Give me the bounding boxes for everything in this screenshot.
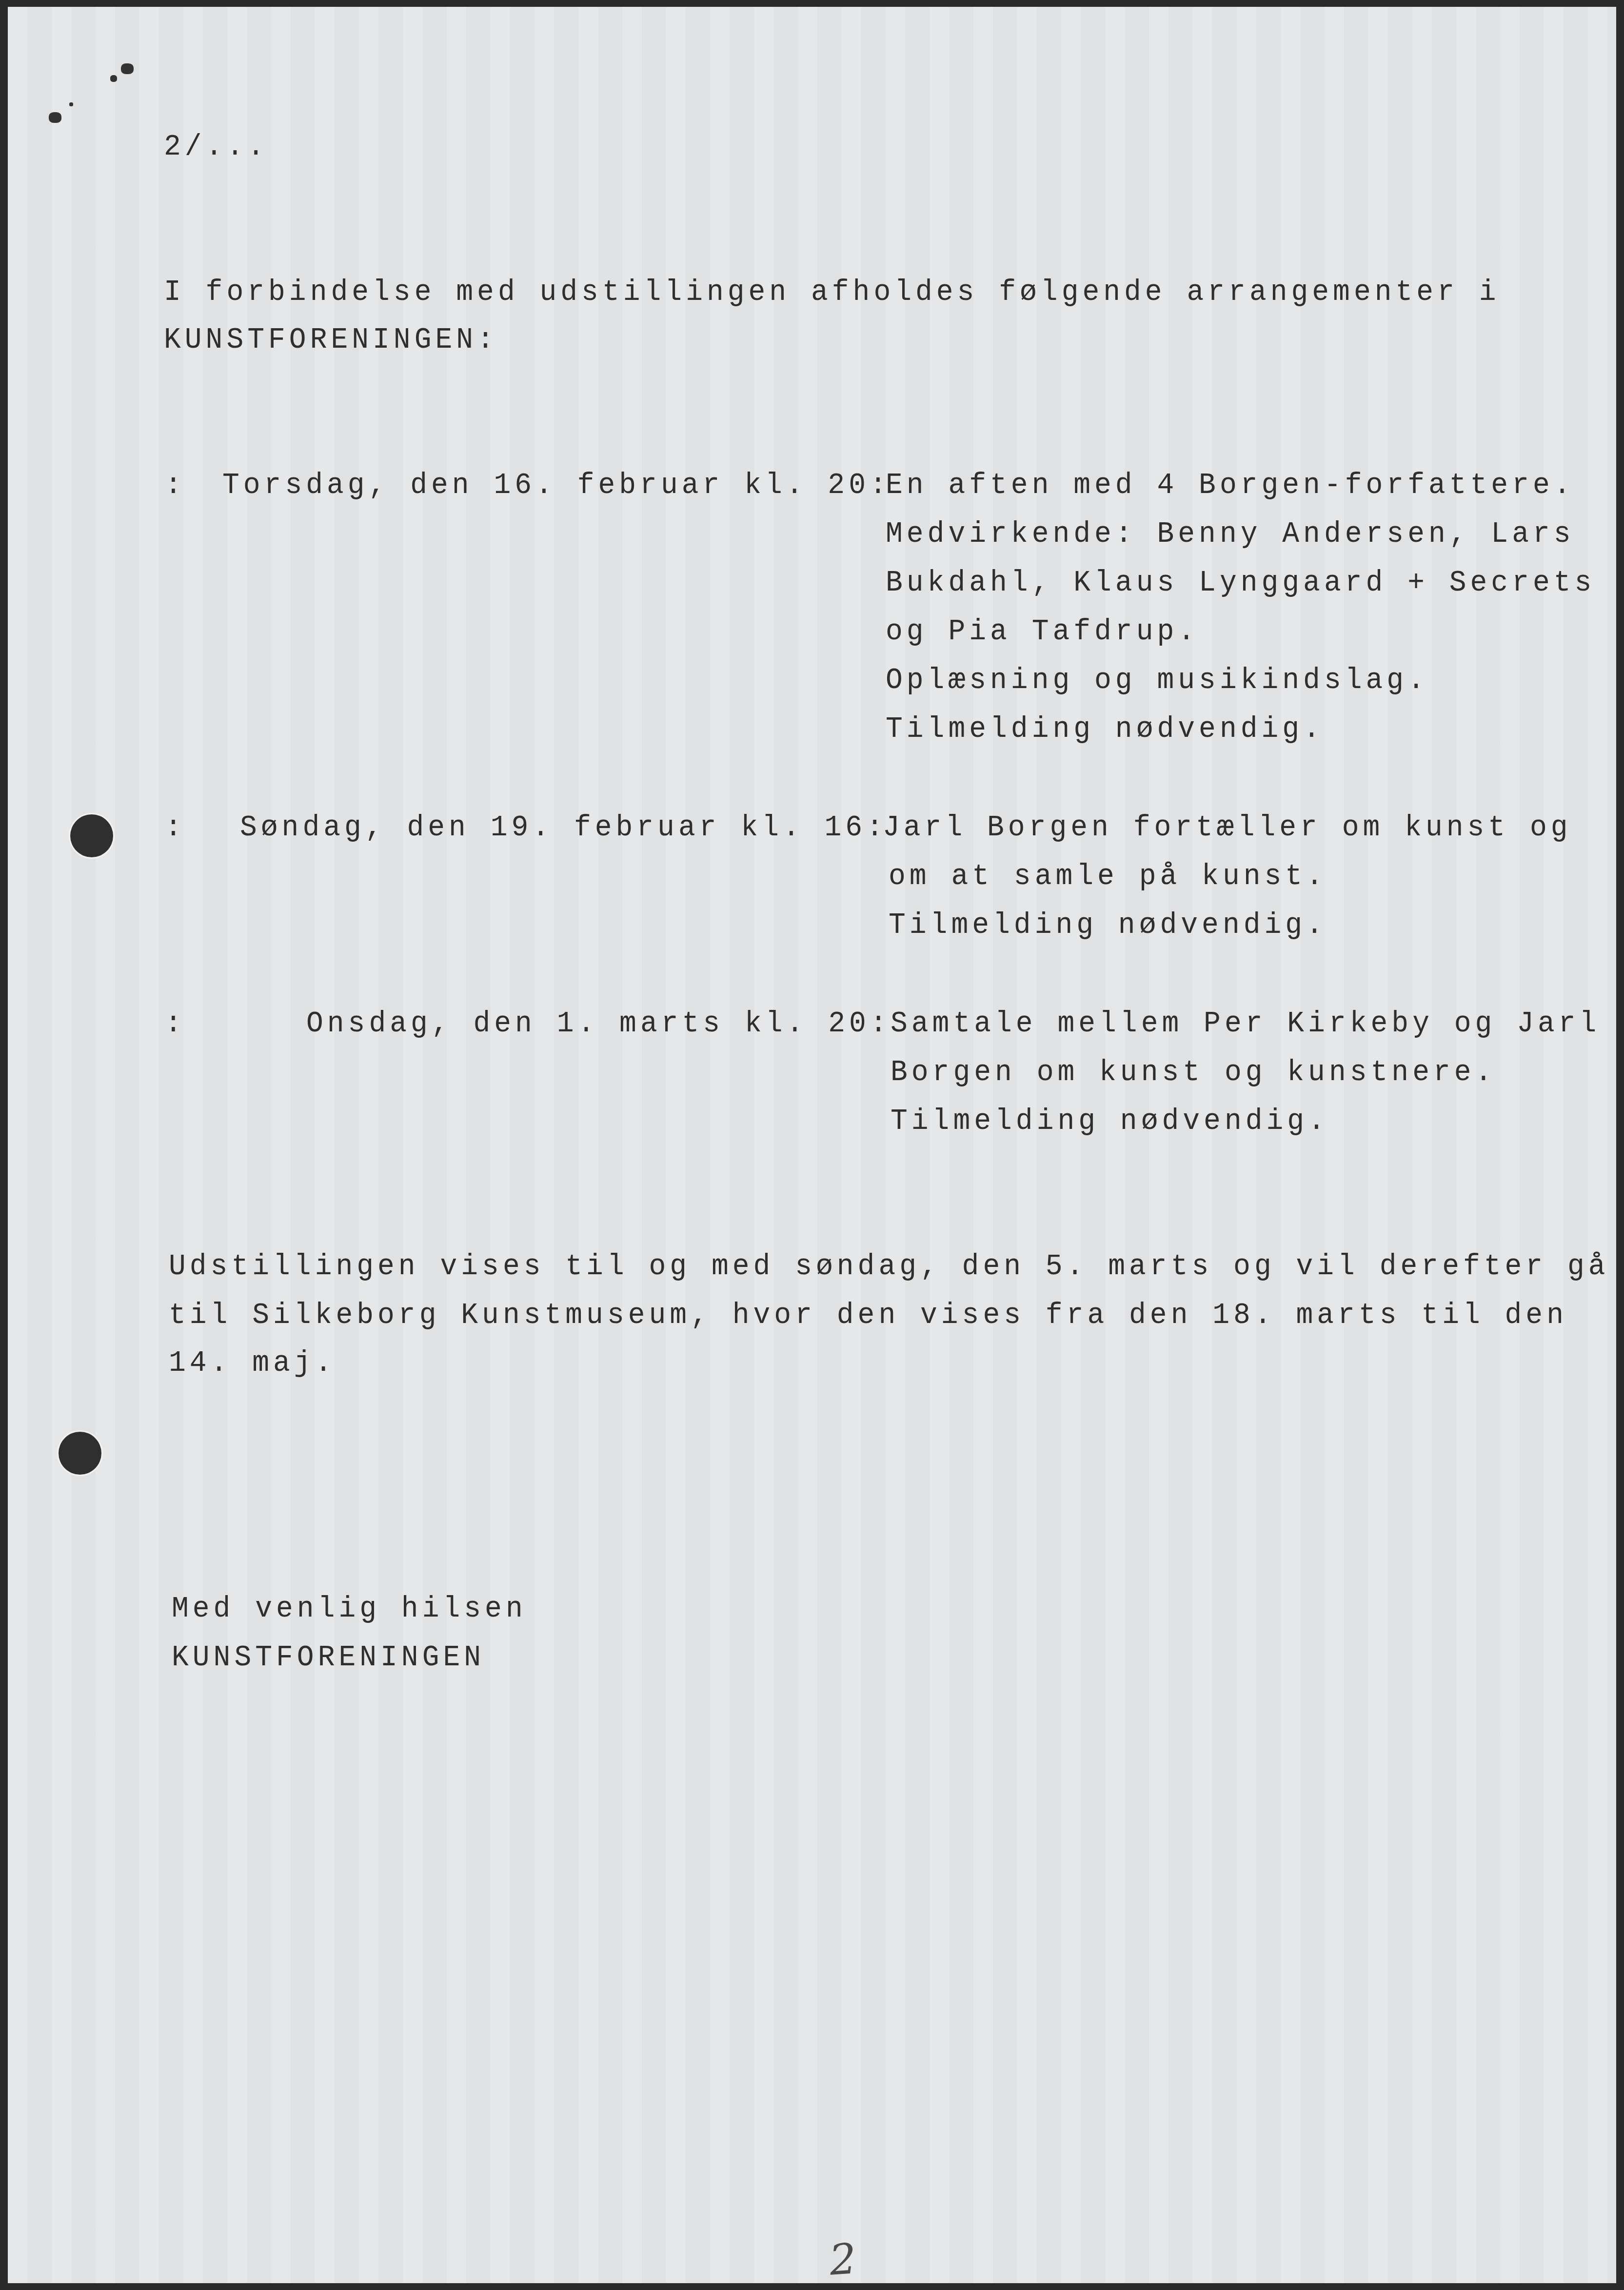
event-description-line: Oplæsning og musikindslag.: [886, 655, 1428, 707]
punch-hole-icon: [59, 1432, 101, 1475]
signature-greeting: Med venlig hilsen: [172, 1584, 527, 1635]
paper-sheet: 2/... I forbindelse med udstillingen afh…: [8, 7, 1616, 2283]
closing-line-1: Udstillingen vises til og med søndag, de…: [169, 1242, 1609, 1293]
event-bullet: :: [165, 460, 186, 512]
event-description-line: og Pia Tafdrup.: [886, 607, 1199, 658]
event-when: Onsdag, den 1. marts kl. 20:: [306, 999, 891, 1050]
event-description-line: Borgen om kunst og kunstnere.: [891, 1047, 1496, 1099]
event-bullet: :: [165, 803, 186, 854]
event-description-line: Tilmelding nødvendig.: [886, 704, 1324, 755]
signature-sender: KUNSTFORENINGEN: [172, 1633, 485, 1684]
punch-hole-icon: [70, 814, 113, 857]
event-bullet: :: [165, 999, 186, 1050]
page-continuation-marker: 2/...: [164, 122, 268, 173]
staple-mark: [69, 102, 73, 106]
event-when: Søndag, den 19. februar kl. 16:: [240, 803, 887, 854]
staple-mark: [121, 63, 134, 74]
scanner-background: 2/... I forbindelse med udstillingen afh…: [0, 0, 1624, 2290]
event-description-line: Tilmelding nødvendig.: [891, 1096, 1329, 1147]
intro-line-2: KUNSTFORENINGEN:: [164, 315, 498, 366]
staple-mark: [49, 112, 61, 123]
event-description-line: Jarl Borgen fortæller om kunst og: [883, 803, 1572, 854]
intro-line-1: I forbindelse med udstillingen afholdes …: [164, 267, 1500, 318]
closing-line-2: til Silkeborg Kunstmuseum, hvor den vise…: [169, 1290, 1567, 1342]
staple-mark: [110, 75, 117, 82]
closing-line-3: 14. maj.: [169, 1338, 336, 1389]
event-description-line: Medvirkende: Benny Andersen, Lars: [886, 509, 1575, 560]
event-when: Torsdag, den 16. februar kl. 20:: [222, 460, 891, 512]
event-description-line: Tilmelding nødvendig.: [889, 900, 1327, 951]
event-description-line: Bukdahl, Klaus Lynggaard + Secrets: [886, 558, 1595, 609]
event-description-line: om at samle på kunst.: [889, 851, 1327, 903]
handwritten-page-number: 2: [828, 2234, 858, 2285]
event-description-line: En aften med 4 Borgen-forfattere.: [886, 460, 1575, 512]
event-description-line: Samtale mellem Per Kirkeby og Jarl: [891, 999, 1600, 1050]
